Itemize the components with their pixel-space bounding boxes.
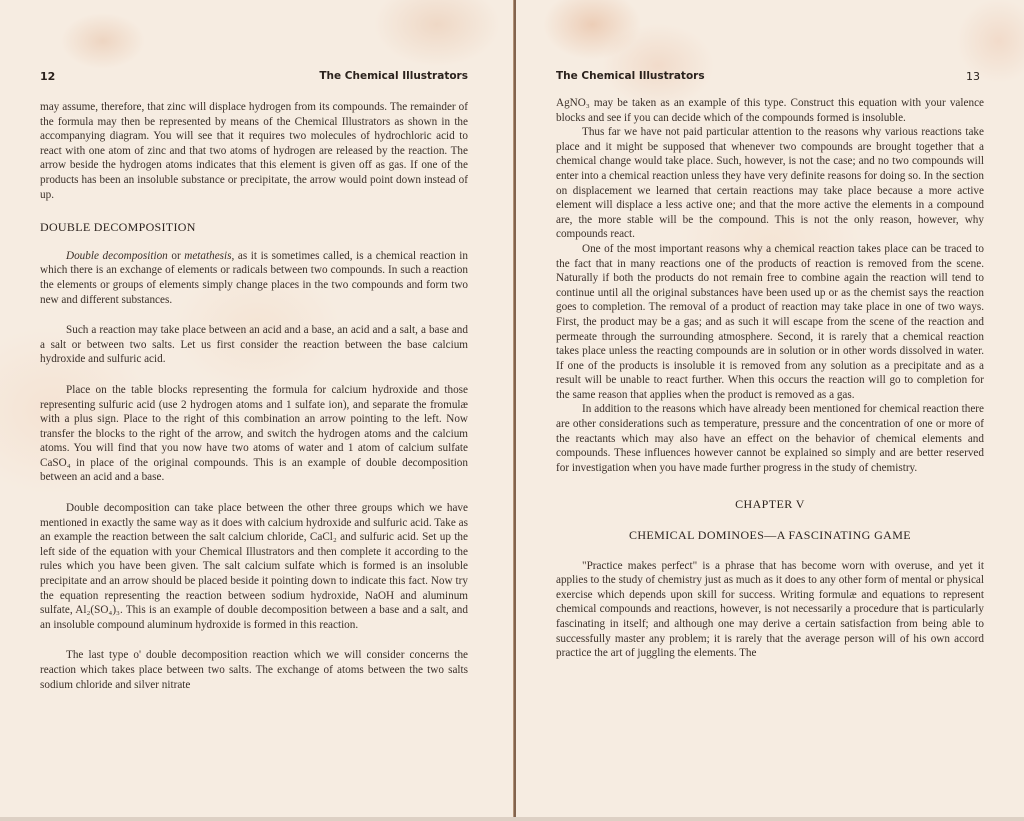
chapter-title: CHEMICAL DOMINOES—A FASCINATING GAME [556,528,984,543]
paragraph: Double decomposition or metathesis, as i… [40,249,468,307]
section-heading: DOUBLE DECOMPOSITION [40,220,468,235]
left-page: 12 The Chemical Illustrators may assume,… [0,0,514,821]
chapter-number: CHAPTER V [556,497,984,512]
right-page: The Chemical Illustrators 13 AgNO₃ may b… [516,0,1024,821]
paragraph: "Practice makes perfect" is a phrase tha… [556,559,984,661]
paragraph: Thus far we have not paid particular att… [556,125,984,242]
page-bottom-edge [0,817,1024,821]
paragraph: may assume, therefore, that zinc will di… [40,100,468,202]
page-body: AgNO₃ may be taken as an example of this… [556,96,984,661]
page-body: may assume, therefore, that zinc will di… [40,100,468,692]
text-run: or [168,250,184,262]
paragraph: Double decomposition can take place betw… [40,501,468,632]
italic-term: Double decomposition [66,250,168,262]
paragraph: The last type o' double decomposition re… [40,648,468,692]
page-number: 13 [966,70,980,83]
page-number: 12 [40,70,55,83]
paragraph: AgNO₃ may be taken as an example of this… [556,96,984,125]
italic-term: metathesis, [184,250,234,262]
paragraph: In addition to the reasons which have al… [556,402,984,475]
paragraph: Such a reaction may take place between a… [40,323,468,367]
book-spread: 12 The Chemical Illustrators may assume,… [0,0,1024,821]
running-head: The Chemical Illustrators [319,70,468,82]
running-head: The Chemical Illustrators [556,70,705,82]
paragraph: Place on the table blocks representing t… [40,383,468,485]
paragraph: One of the most important reasons why a … [556,242,984,403]
